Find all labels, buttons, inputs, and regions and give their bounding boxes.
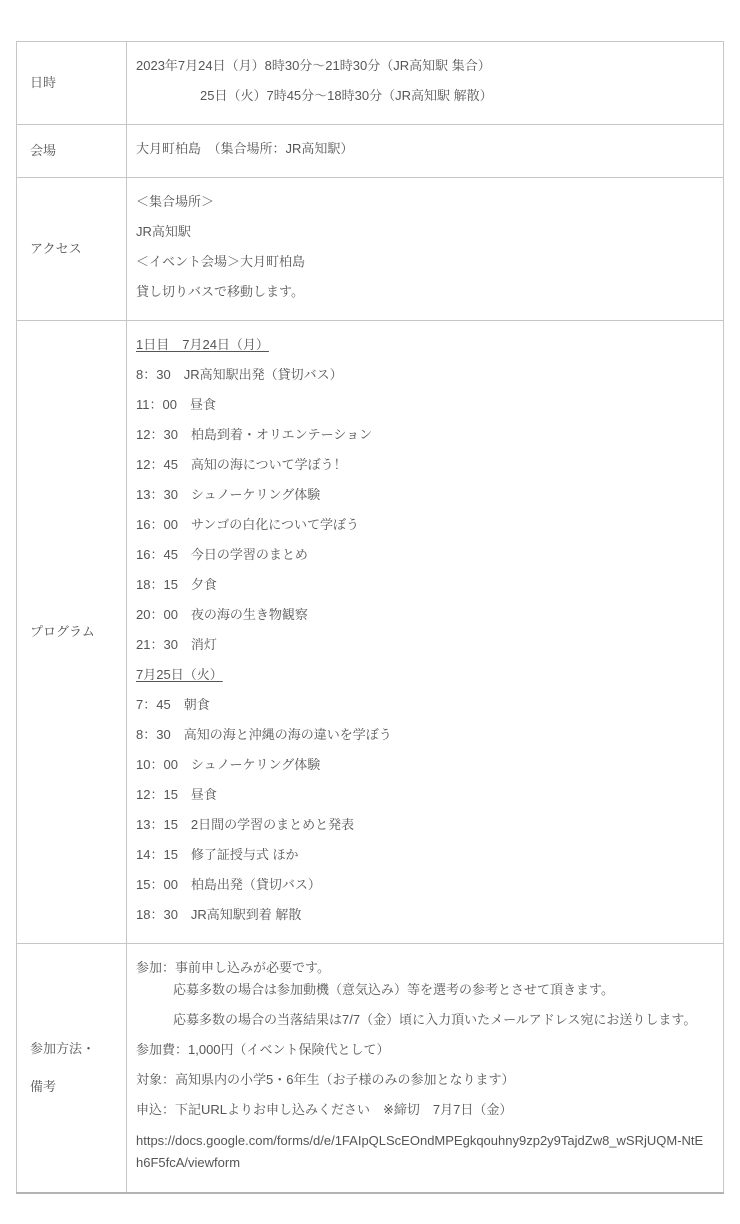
table-row-access: アクセス＜集合場所＞JR高知駅＜イベント会場＞大月町柏島貸し切りバスで移動します…	[17, 178, 724, 321]
content-line: 大月町柏島 （集合場所：JR高知駅）	[136, 139, 709, 159]
content-line: 21：30 消灯	[136, 635, 709, 655]
row-label-venue: 会場	[17, 125, 127, 178]
row-label-text: プログラム	[30, 622, 120, 642]
content-line: 16：00 サンゴの白化について学ぼう	[136, 515, 709, 535]
content-line: 13：30 シュノーケリング体験	[136, 485, 709, 505]
content-line: 7：45 朝食	[136, 695, 709, 715]
table-row-program: プログラム1日目 7月24日（月）8：30 JR高知駅出発（貸切バス）11：00…	[17, 321, 724, 944]
content-line: 貸し切りバスで移動します。	[136, 282, 709, 302]
content-line: 12：15 昼食	[136, 785, 709, 805]
content-line: JR高知駅	[136, 222, 709, 242]
table-row-venue: 会場大月町柏島 （集合場所：JR高知駅）	[17, 125, 724, 178]
content-line: 参加費：1,000円（イベント保険代として）	[136, 1040, 709, 1060]
content-line: 18：30 JR高知駅到着 解散	[136, 905, 709, 925]
content-line: 8：30 高知の海と沖縄の海の違いを学ぼう	[136, 725, 709, 745]
row-label-datetime: 日時	[17, 42, 127, 125]
content-line: 応募多数の場合は参加動機（意気込み）等を選考の参考とさせて頂きます。	[136, 980, 709, 1000]
content-line: ＜イベント会場＞大月町柏島	[136, 252, 709, 272]
content-line: 14：15 修了証授与式 ほか	[136, 845, 709, 865]
event-info-table: 日時2023年7月24日（月）8時30分～21時30分（JR高知駅 集合）25日…	[16, 41, 724, 1194]
content-line: 25日（火）7時45分～18時30分（JR高知駅 解散）	[136, 86, 709, 106]
table-row-apply-notes: 参加方法・備考参加：事前申し込みが必要です。応募多数の場合は参加動機（意気込み）…	[17, 944, 724, 1194]
program-day2-heading: 7月25日（火）	[136, 665, 709, 685]
content-line: ＜集合場所＞	[136, 192, 709, 212]
row-content-access: ＜集合場所＞JR高知駅＜イベント会場＞大月町柏島貸し切りバスで移動します。	[127, 178, 724, 321]
content-line: 18：15 夕食	[136, 575, 709, 595]
content-line: 20：00 夜の海の生き物観察	[136, 605, 709, 625]
row-label-text: 備考	[30, 1077, 120, 1097]
row-label-program: プログラム	[17, 321, 127, 944]
table-row-datetime: 日時2023年7月24日（月）8時30分～21時30分（JR高知駅 集合）25日…	[17, 42, 724, 125]
row-label-text: アクセス	[30, 239, 120, 259]
row-label-text: 参加方法・	[30, 1039, 120, 1059]
row-label-apply-notes: 参加方法・備考	[17, 944, 127, 1194]
program-day1-heading: 1日目 7月24日（月）	[136, 335, 709, 355]
event-info-rows: 日時2023年7月24日（月）8時30分～21時30分（JR高知駅 集合）25日…	[17, 42, 724, 1194]
content-line: 13：15 2日間の学習のまとめと発表	[136, 815, 709, 835]
content-line: 11：00 昼食	[136, 395, 709, 415]
row-content-venue: 大月町柏島 （集合場所：JR高知駅）	[127, 125, 724, 178]
event-info-page: 日時2023年7月24日（月）8時30分～21時30分（JR高知駅 集合）25日…	[0, 0, 740, 1224]
content-line: 8：30 JR高知駅出発（貸切バス）	[136, 365, 709, 385]
content-line: 16：45 今日の学習のまとめ	[136, 545, 709, 565]
row-label-text: 日時	[30, 73, 120, 93]
application-url[interactable]: https://docs.google.com/forms/d/e/1FAIpQ…	[136, 1130, 709, 1174]
content-line: 15：00 柏島出発（貸切バス）	[136, 875, 709, 895]
content-line: 10：00 シュノーケリング体験	[136, 755, 709, 775]
content-line: 12：45 高知の海について学ぼう！	[136, 455, 709, 475]
content-line: 参加：事前申し込みが必要です。	[136, 958, 709, 978]
content-line: 対象：高知県内の小学5・6年生（お子様のみの参加となります）	[136, 1070, 709, 1090]
row-content-datetime: 2023年7月24日（月）8時30分～21時30分（JR高知駅 集合）25日（火…	[127, 42, 724, 125]
row-label-access: アクセス	[17, 178, 127, 321]
content-line: 12：30 柏島到着・オリエンテーション	[136, 425, 709, 445]
row-content-program: 1日目 7月24日（月）8：30 JR高知駅出発（貸切バス）11：00 昼食12…	[127, 321, 724, 944]
content-line: 応募多数の場合の当落結果は7/7（金）頃に入力頂いたメールアドレス宛にお送りしま…	[136, 1010, 709, 1030]
row-label-text: 会場	[30, 141, 120, 161]
row-content-apply-notes: 参加：事前申し込みが必要です。応募多数の場合は参加動機（意気込み）等を選考の参考…	[127, 944, 724, 1194]
content-line: 申込：下記URLよりお申し込みください ※締切 7月7日（金）	[136, 1100, 709, 1120]
content-line: 2023年7月24日（月）8時30分～21時30分（JR高知駅 集合）	[136, 56, 709, 76]
